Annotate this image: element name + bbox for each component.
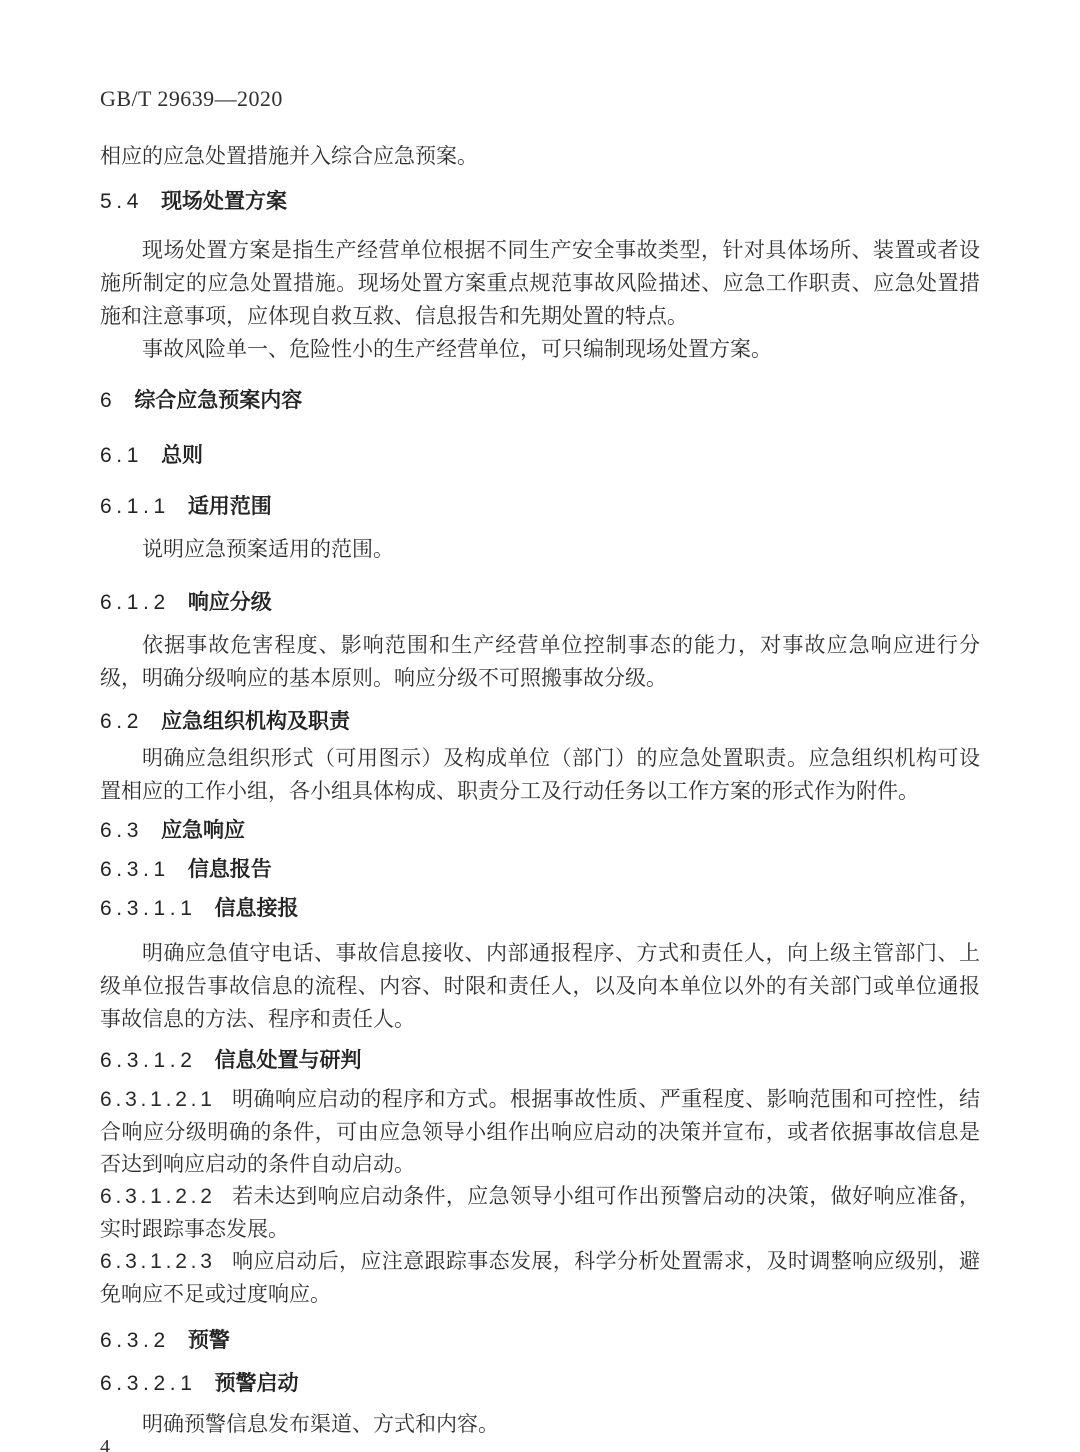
- heading-5-4: 5.4现场处置方案: [100, 185, 980, 218]
- paragraph-6-1-1: 说明应急预案适用的范围。: [100, 533, 980, 566]
- heading-number: 6.3: [100, 819, 143, 842]
- heading-title: 应急响应: [161, 819, 245, 842]
- clause-6-3-1-2-3: 6.3.1.2.3响应启动后，应注意跟踪事态发展，科学分析处置需求，及时调整响应…: [100, 1245, 980, 1310]
- heading-6-1-1: 6.1.1适用范围: [100, 490, 980, 523]
- heading-6-1-2: 6.1.2响应分级: [100, 586, 980, 619]
- heading-title: 响应分级: [188, 591, 272, 614]
- heading-title: 现场处置方案: [161, 190, 287, 213]
- heading-6-3: 6.3应急响应: [100, 814, 980, 847]
- heading-title: 信息处置与研判: [215, 1049, 362, 1072]
- heading-6-2: 6.2应急组织机构及职责: [100, 705, 980, 738]
- heading-6-3-1-1: 6.3.1.1信息接报: [100, 892, 980, 925]
- heading-number: 6.1.1: [100, 495, 170, 518]
- heading-title: 信息接报: [215, 897, 299, 920]
- paragraph-6-1-2: 依据事故危害程度、影响范围和生产经营单位控制事态的能力，对事故应急响应进行分级，…: [100, 629, 980, 695]
- clause-number: 6.3.1.2.1: [100, 1088, 216, 1111]
- document-page: GB/T 29639—2020 相应的应急处置措施并入综合应急预案。 5.4现场…: [0, 0, 1080, 1452]
- heading-number: 6.3.2: [100, 1329, 170, 1352]
- heading-number: 5.4: [100, 190, 143, 213]
- heading-title: 预警: [188, 1329, 230, 1352]
- running-header: GB/T 29639—2020: [100, 84, 980, 114]
- heading-6-3-2: 6.3.2预警: [100, 1324, 980, 1357]
- heading-title: 预警启动: [215, 1372, 299, 1395]
- heading-6-1: 6.1总则: [100, 439, 980, 472]
- heading-6: 6综合应急预案内容: [100, 384, 980, 417]
- clause-6-3-1-2-1: 6.3.1.2.1明确响应启动的程序和方式。根据事故性质、严重程度、影响范围和可…: [100, 1083, 980, 1180]
- heading-number: 6.1.2: [100, 591, 170, 614]
- clause-text: 响应启动后，应注意跟踪事态发展，科学分析处置需求，及时调整响应级别，避免响应不足…: [100, 1249, 980, 1306]
- heading-number: 6.2: [100, 710, 143, 733]
- heading-title: 综合应急预案内容: [134, 389, 302, 412]
- clause-number: 6.3.1.2.3: [100, 1250, 216, 1273]
- clause-text: 若未达到响应启动条件，应急领导小组可作出预警启动的决策，做好响应准备，实时跟踪事…: [100, 1184, 980, 1241]
- heading-title: 应急组织机构及职责: [161, 710, 350, 733]
- heading-title: 总则: [161, 444, 203, 467]
- clause-text: 明确响应启动的程序和方式。根据事故性质、严重程度、影响范围和可控性，结合响应分级…: [100, 1087, 980, 1176]
- heading-number: 6.1: [100, 444, 143, 467]
- heading-number: 6.3.1: [100, 858, 170, 881]
- heading-number: 6.3.2.1: [100, 1372, 197, 1395]
- heading-number: 6.3.1.1: [100, 897, 197, 920]
- heading-number: 6: [100, 389, 116, 412]
- clause-6-3-1-2-2: 6.3.1.2.2若未达到响应启动条件，应急领导小组可作出预警启动的决策，做好响…: [100, 1180, 980, 1245]
- paragraph-5-4-2: 事故风险单一、危险性小的生产经营单位，可只编制现场处置方案。: [100, 333, 980, 366]
- heading-6-3-1: 6.3.1信息报告: [100, 853, 980, 886]
- heading-title: 适用范围: [188, 495, 272, 518]
- heading-number: 6.3.1.2: [100, 1049, 197, 1072]
- heading-6-3-1-2: 6.3.1.2信息处置与研判: [100, 1044, 980, 1077]
- heading-title: 信息报告: [188, 858, 272, 881]
- paragraph-5-4-1: 现场处置方案是指生产经营单位根据不同生产安全事故类型，针对具体场所、装置或者设施…: [100, 234, 980, 333]
- clause-number: 6.3.1.2.2: [100, 1185, 216, 1208]
- continuation-paragraph: 相应的应急处置措施并入综合应急预案。: [100, 140, 980, 173]
- paragraph-6-3-1-1: 明确应急值守电话、事故信息接收、内部通报程序、方式和责任人，向上级主管部门、上级…: [100, 937, 980, 1036]
- heading-6-3-2-1: 6.3.2.1预警启动: [100, 1367, 980, 1400]
- paragraph-6-2: 明确应急组织形式（可用图示）及构成单位（部门）的应急处置职责。应急组织机构可设置…: [100, 742, 980, 808]
